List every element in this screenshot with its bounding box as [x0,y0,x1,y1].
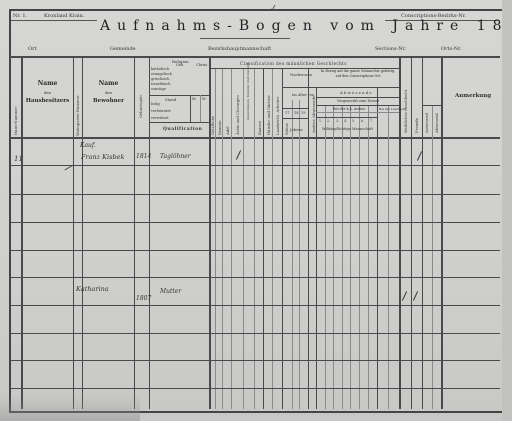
col-divider [292,100,293,409]
col-divider [272,68,273,409]
regiment-col: 5. [352,119,355,123]
col-divider [263,68,264,409]
classification-col-farmers: Bauern [257,121,262,135]
status-label: Stand [165,97,176,102]
col-divider [231,68,232,409]
crownland-label: Kronland Krain. [44,13,84,19]
row-rule [10,360,500,361]
header-rule [316,112,399,113]
header-rule [422,105,441,106]
header-rule [149,122,209,123]
col-divider [209,56,211,409]
classification-col-tradesmen: Gewerbsleute, Künstler und Literaten [246,62,250,120]
classification-col-clergy: Geistliche [210,116,215,135]
header-rule [316,105,399,106]
row-1-birth-year: 1814 [136,153,151,160]
header-dwelling-number: Wohnpartei-Nummer [75,95,80,136]
row-1-resident-note: Kauf. [80,142,96,149]
col-divider [333,105,334,409]
row-rule [10,277,500,278]
row-rule [10,222,500,223]
row-rule [10,305,500,306]
district-label: Bezirkshauptmannschaft [208,46,271,52]
regiment-col: 7. [370,119,373,123]
classification-title: Classification des männlichen Geschlecht… [240,61,347,66]
col-divider [222,68,223,409]
col-divider [368,105,369,409]
military-regiment-label: Bei der k.k. Armee [333,107,365,111]
col-divider [282,68,283,409]
header-rule [282,87,399,88]
row-rule [10,388,500,389]
page-edge [502,0,512,421]
col-divider [342,105,343,409]
col-divider [149,56,150,409]
header-women: Weibliches Geschlecht [403,90,408,133]
header-rule [316,117,377,118]
col-divider [388,105,389,409]
classification-col-sons: Söhne [284,123,289,135]
row-rule [10,333,500,334]
row-1-house-number: 11 [14,155,23,163]
header-absent: Abwesend [434,113,439,133]
row-1-resident-name: Franz Kisbek [81,153,124,161]
form-title: Aufnahms-Bogen vom Jahre 18 [100,18,509,34]
religion-row: israelitisch [151,82,171,86]
religion-col: Geb. [176,63,184,67]
header-rule [282,108,308,109]
col-divider [215,68,216,409]
col-divider [73,56,74,409]
col-divider [254,68,255,409]
header-top-rule [10,56,500,58]
military-duty-label: Vorgemerkt zum Dienst [337,99,379,103]
status-row: ledig [151,102,160,106]
row-1-qualification: Taglöhner [160,153,191,160]
classification-col-nobility: Adel [225,126,230,135]
status-col: M. [192,97,197,101]
religion-row: katholisch [151,67,169,71]
col-divider [422,56,423,409]
military-duty-men-label: Militärpflichtige Mannschaft [322,127,373,131]
col-divider [411,56,412,409]
header-foreigners: Fremde [414,118,419,133]
youth-age-col: 17 [285,111,289,115]
section-number-label: Sections-Nr. [375,46,406,52]
header-birth-year: Geburtsjahr [138,95,143,118]
title-underline [200,38,290,39]
header-qualification: Qualification [163,127,202,132]
youth-age-col: 19 [301,111,305,115]
col-divider [359,105,360,409]
regiment-col: 2. [327,119,330,123]
youth-label: Nachwuchs [290,72,312,77]
col-divider [82,56,83,409]
form-number-box: Nr. 1. Kronland Krain. [11,11,97,21]
youth-age-col: 18 [294,111,298,115]
header-rule [282,118,308,119]
regiment-col: 3. [336,119,339,123]
check-mark: ✓ [269,3,278,14]
col-divider [243,68,244,409]
religion-col: Christ. [196,63,208,67]
col-divider [441,56,443,409]
header-rule [316,97,399,98]
form-number: Nr. 1. [13,13,27,19]
classification-col-physicians: Ärzte und Chirurgen [235,95,240,135]
row-rule [10,250,500,251]
col-divider [190,95,191,122]
place-label: Ort [28,46,37,52]
military-other-absent: Andere Abwesende [311,96,316,133]
status-row: verheiratet [151,109,171,113]
header-remarks: Anmerkung [455,93,491,99]
col-divider [350,105,351,409]
regiment-col: 1. [319,119,322,123]
row-rule [10,194,500,195]
header-owner-name: Name des Hausbesitzers [22,80,73,104]
col-divider [325,105,326,409]
col-divider [21,56,23,409]
scanned-form-page: Nr. 1. Kronland Krain. Conscriptions-Bez… [0,0,512,421]
status-row: verwitwet [151,116,169,120]
col-divider [308,68,309,409]
row-6-birth-year: 1807 [136,295,151,302]
page-bottom-shadow [0,395,140,421]
header-present: Anwesend [424,113,429,133]
youth-years-label: Jahren [290,127,303,132]
classification-col-farmworkers: Landwirth. Arbeiter [275,97,280,135]
locality-number-label: Orts-Nr. [441,46,462,52]
military-top-label: In Bezug auf die ganze Monarchie gehörig… [318,69,398,79]
col-divider [200,95,201,122]
religion-row: sonstige [151,87,166,91]
regiment-col: 4. [344,119,347,123]
classification-col-officials: Beamte [217,120,222,135]
col-divider [299,100,300,409]
header-house-number: Haus-Nummer [13,107,18,135]
status-col: W. [202,97,206,101]
regiment-col: 6. [361,119,364,123]
col-divider [432,105,433,409]
municipality-label: Gemeinde [110,46,136,52]
religion-row: evangelisch [151,72,172,76]
col-divider [134,56,135,409]
row-rule [10,165,500,166]
religion-row: griechisch [151,77,169,81]
header-bottom-rule [10,137,500,139]
row-6-qualification: Mutter [160,288,181,295]
header-resident-name: Name des Bewohner [83,80,134,104]
row-6-resident-name: Katharina [76,285,109,293]
classification-col-cottagers: Häusler und Gärtner [266,95,271,135]
form-frame [9,9,505,413]
military-absent-label: Abwesende [340,90,373,95]
